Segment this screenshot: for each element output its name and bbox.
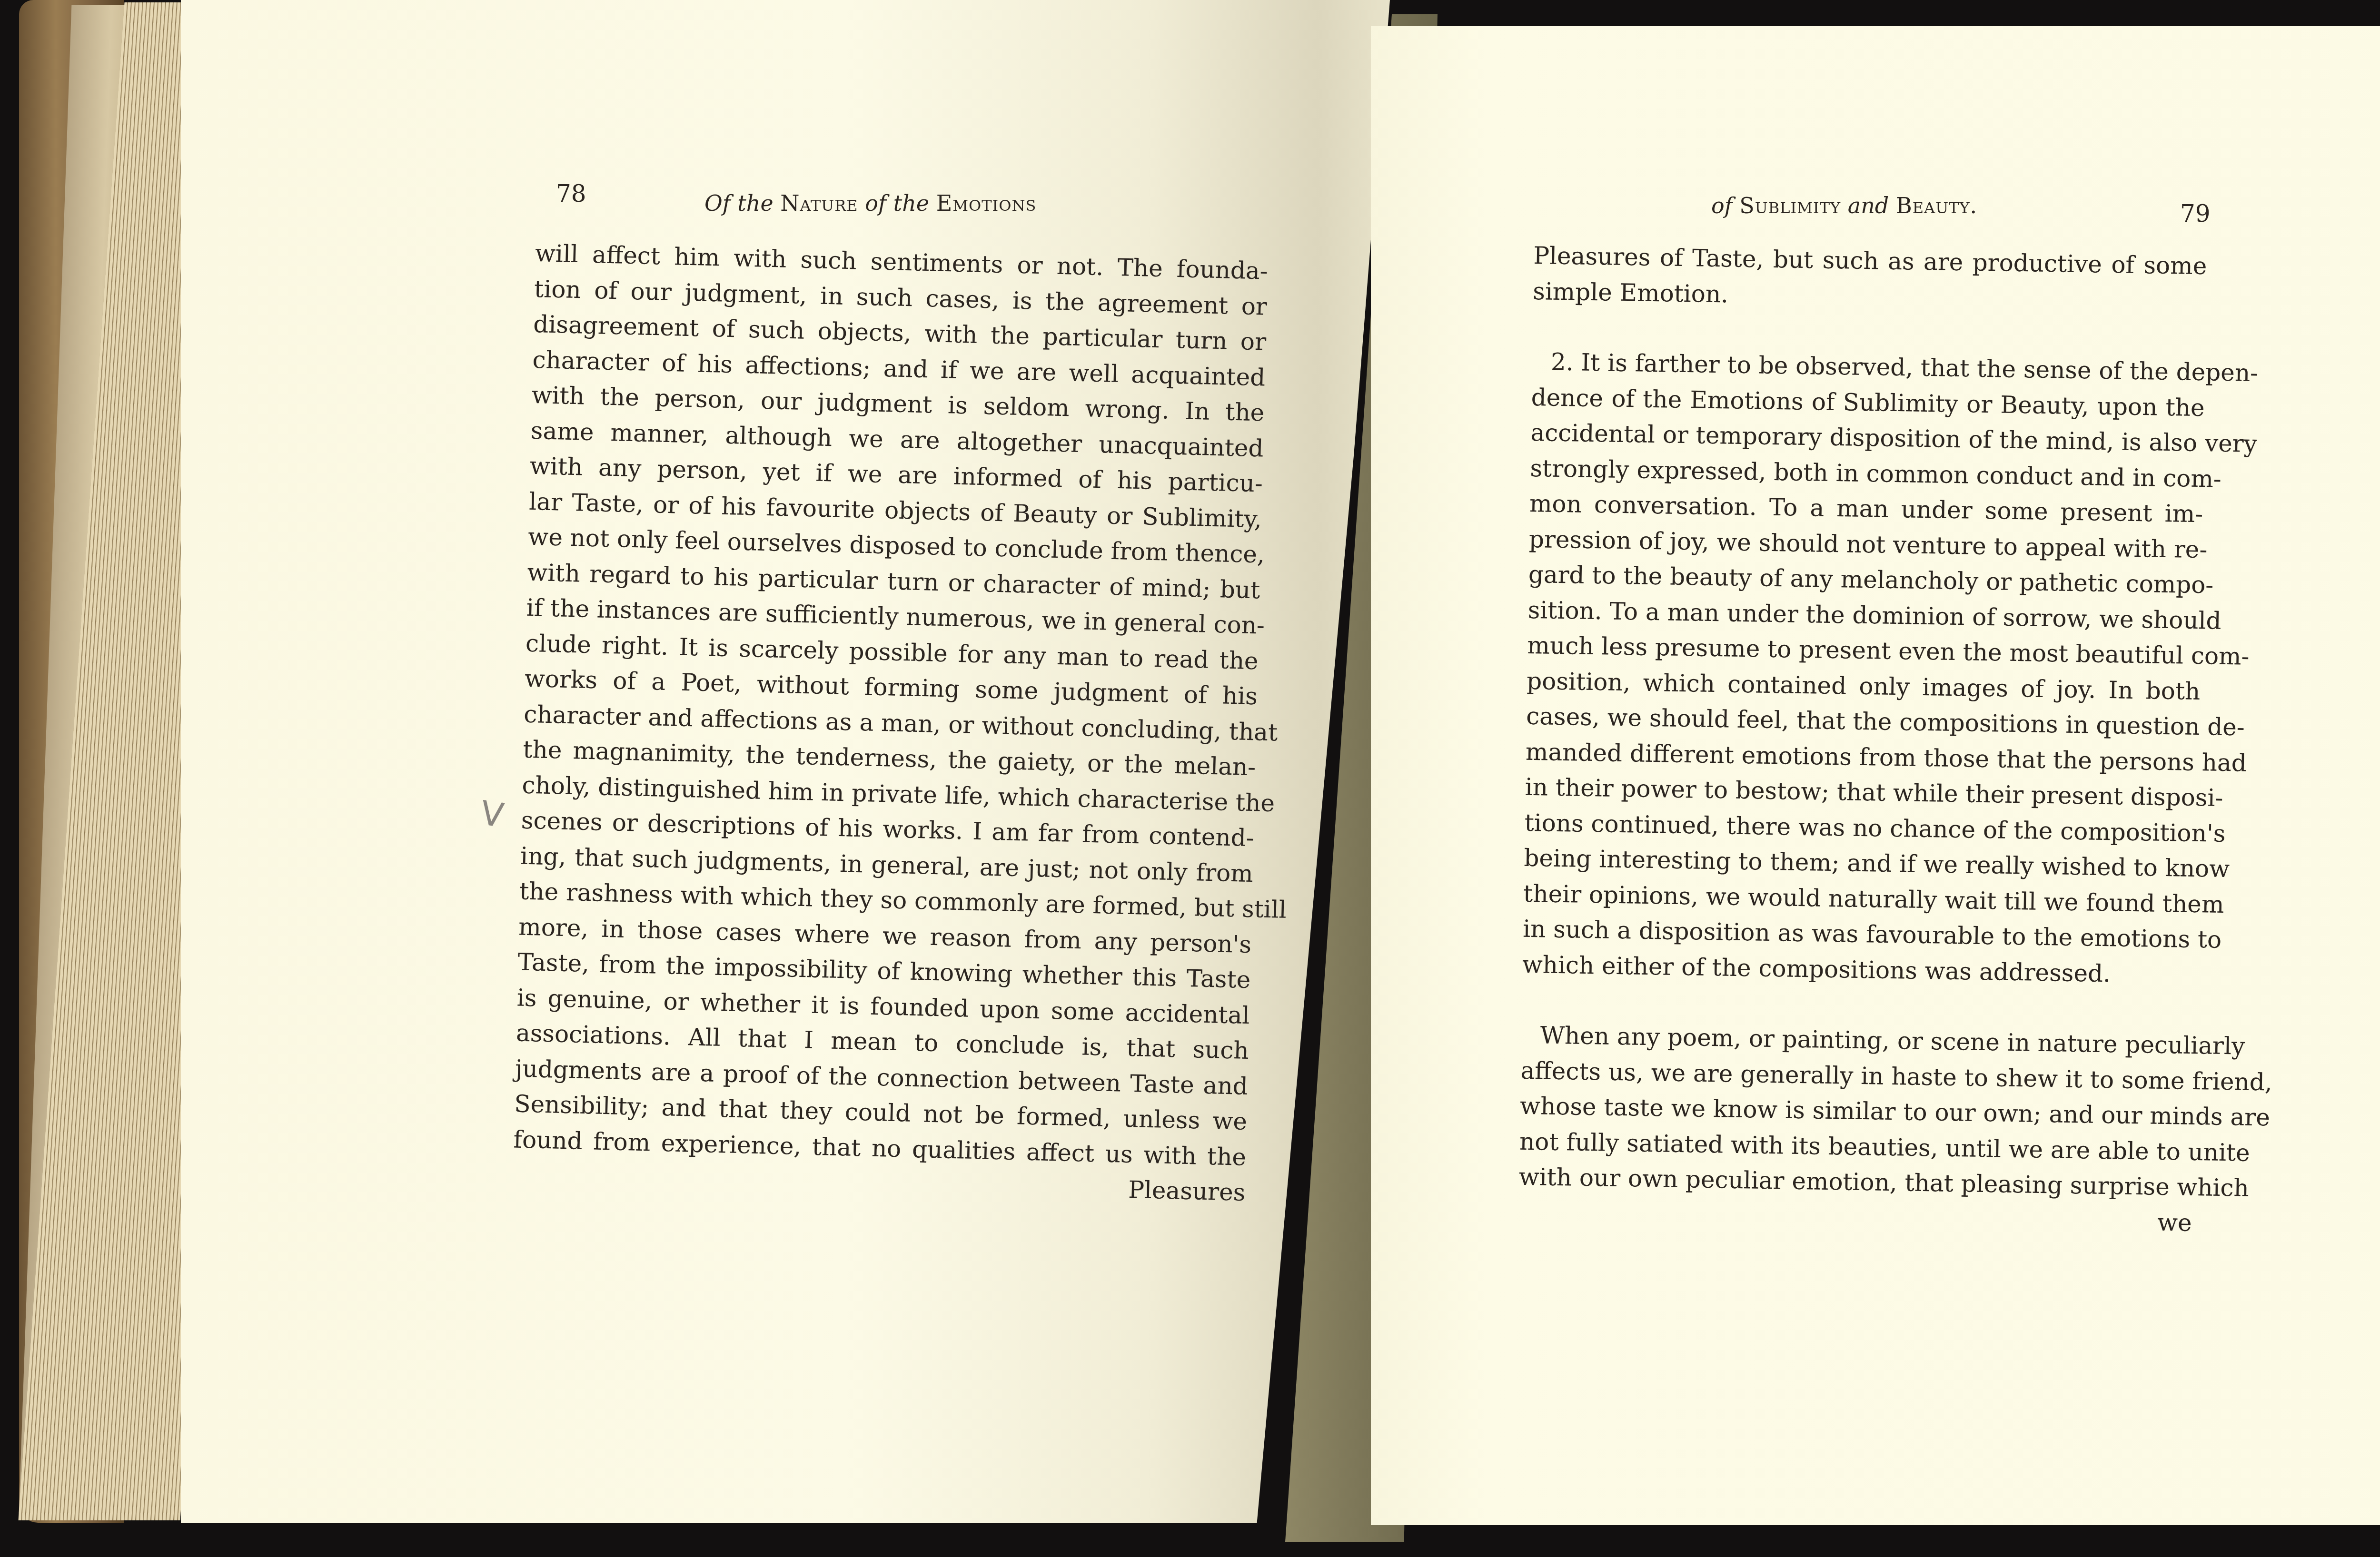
- left-page-number: 78: [556, 180, 586, 207]
- running-head-part: Emotions: [936, 190, 1037, 216]
- left-page-body: will affect him with such sentiments or …: [512, 236, 1269, 1211]
- running-head-part: of: [1711, 193, 1733, 218]
- running-head-part: Of the: [704, 190, 773, 216]
- right-page-body: Pleasures of Taste, but such as are prod…: [1518, 238, 2207, 1241]
- running-head-part: Sublimity: [1739, 193, 1841, 218]
- running-head-part: of the: [865, 190, 929, 216]
- right-page-number: 79: [2180, 200, 2211, 227]
- right-running-head: of Sublimity and Beauty.: [1711, 193, 1977, 218]
- running-head-part: Nature: [780, 190, 858, 216]
- left-running-head: Of the Nature of the Emotions: [704, 190, 1036, 216]
- running-head-part: Beauty.: [1896, 193, 1977, 218]
- running-head-part: and: [1848, 193, 1889, 218]
